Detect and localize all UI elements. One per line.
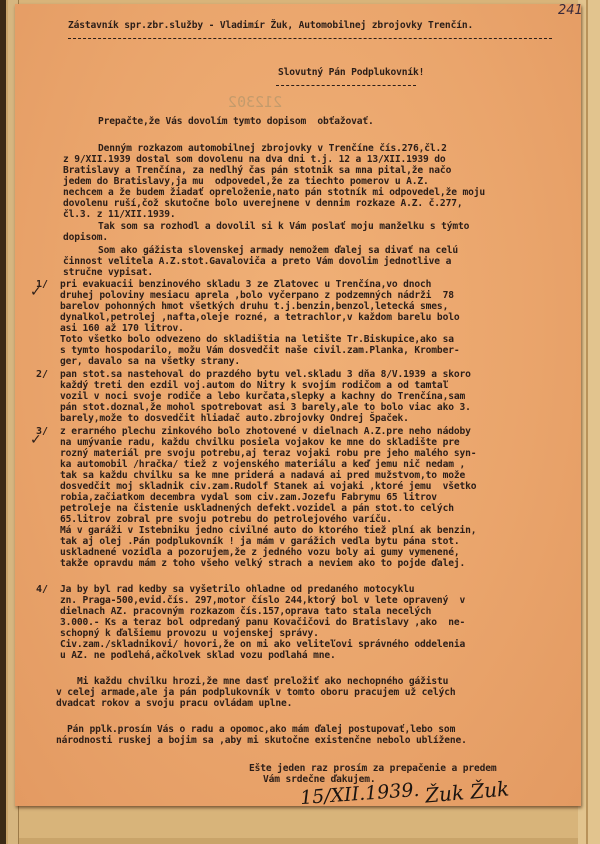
item-1-line: Toto všetko bolo odvezeno do skladištia … — [60, 334, 454, 345]
salutation: Slovutný Pán Podplukovník! — [278, 67, 424, 78]
item-3-line: z erarného plechu zinkového bolo zhotove… — [60, 426, 471, 437]
item-2-line: pán stot.doznal,že mohol spotrebovat asi… — [60, 402, 471, 413]
paragraph-1-line: Denným rozkazom automobilnej zbrojovky v… — [98, 143, 447, 154]
right-edge-strip — [578, 0, 600, 844]
paragraph-3-line: Som ako gážista slovenskej armady nemože… — [98, 245, 458, 256]
item-4-line: dielnach AZ. pracovným rozkazom čís.157,… — [60, 606, 431, 617]
item-3-line: petroleje na čistenie uskladnených defek… — [60, 503, 454, 514]
left-edge-shadow — [0, 0, 6, 844]
item-4-line: zn. Praga-500,evid.čís. 297,motor číslo … — [60, 595, 465, 606]
closing-1-line: v celej armade,ale ja pán podplukovník v… — [56, 687, 455, 698]
item-2-marker: 2/ — [36, 369, 48, 380]
item-3-line: tak sa každu chvilku sa ke mne priderá a… — [60, 470, 465, 481]
item-2-line: pan stot.sa nastehoval do prazdého bytu … — [60, 369, 471, 380]
item-4-line: u AZ. ne podlehá,ačkolvek sklad vozu pod… — [60, 650, 336, 661]
item-2-line: každý treti den ezdil voj.autom do Nitry… — [60, 380, 448, 391]
item-1-line: s tymto hospodarilo, možu Vám dosvedčit … — [60, 345, 459, 356]
item-2-line: vozil v noci svoje rodiče a lebo kurčata… — [60, 391, 465, 402]
item-3-line: takže opravdu mám z toho všeho velký str… — [60, 558, 465, 569]
item-1-line: druhej poloviny mesiacu aprela ,bolo vyč… — [60, 290, 454, 301]
item-1-line: ger, davalo sa na všetky strany. — [60, 356, 240, 367]
paragraph-1-line: čl.3. z 11/XII.1939. — [63, 209, 176, 220]
paragraph-1-line: z 9/XII.1939 dostal som dovolenu na dva … — [63, 154, 446, 165]
item-4-line: schopný k ďalšiemu provozu u vojenskej s… — [60, 628, 319, 639]
faded-stamp: 212302 — [228, 93, 282, 111]
paragraph-2-line: Tak som sa rozhodl a dovolil si k Vám po… — [98, 221, 469, 232]
paragraph-1-line: Bratislavy a Trenčína, za nedlhý čas pán… — [63, 165, 451, 176]
item-1-line: dynalkol,petrolej ,nafta,oleje rozné, a … — [60, 312, 459, 323]
closing-1-line: Mi každu chvilku hrozi,že mne dasť prelo… — [77, 676, 448, 687]
item-3-line: 65.litrov zobral pre svoju potrebu do pe… — [60, 514, 392, 525]
closing-2-line: národnosti ruskej a bojim sa ,aby mi sku… — [56, 735, 467, 746]
paragraph-3-line: stručne vypisat. — [63, 267, 153, 278]
paragraph-1-line: nechcem a že budem žiadať opreloženie,na… — [63, 187, 485, 198]
item-1-line: asi 160 až 170 litrov. — [60, 323, 184, 334]
page-number: 241 — [558, 3, 583, 18]
paragraph-3-line: činnost velitela A.Z.stot.Gavaloviča a p… — [63, 256, 451, 267]
item-3-line: uskladnené vozidla a pozorujem,že z jedn… — [60, 547, 459, 558]
intro-line: Prepačte,že Vás dovolím tymto dopisom ob… — [98, 116, 374, 127]
paragraph-1-line: jedem do Bratislavy,ja mu odpovedel,že z… — [63, 176, 429, 187]
item-3-line: Má v garáži v Istebniku jedno civilné au… — [60, 525, 476, 536]
check-mark-icon: ✓ — [30, 284, 42, 300]
item-2-line: barely,može to dosvedčit hliadač auto.zb… — [60, 413, 409, 424]
paragraph-1-line: dovolenu ruší,čož skutočne bolo uverejne… — [63, 198, 462, 209]
closing-1-line: dvadcat rokov a svoju pracu ovládam upln… — [56, 698, 292, 709]
closing-3-line: Ešte jeden raz prosím za prepačenie a pr… — [249, 763, 497, 774]
item-1-line: barelov pohonných hmot všetkých druhu t.… — [60, 301, 448, 312]
item-3-line: ka automobil /hračka/ tiež z vojenského … — [60, 459, 465, 470]
item-3-line: rozný materiál pre svoju potrebu,aj tera… — [60, 448, 476, 459]
paragraph-2-line: dopisom. — [63, 232, 108, 243]
item-3-line: na umývanie radu, každu chvilku posiela … — [60, 437, 459, 448]
item-4-line: Civ.zam./skladnikovi/ hovori,že on mi ak… — [60, 639, 465, 650]
item-3-line: robia,začiatkom decembra vydal som civ.z… — [60, 492, 437, 503]
item-3-line: tak aj olej .Pán podplukovník ! ja mám v… — [60, 536, 459, 547]
item-4-line: 3.000.- Ks a teraz bol odpredaný panu Ko… — [60, 617, 465, 628]
header-underline — [68, 38, 552, 39]
item-4-line: Ja by byl rad kedby sa vyšetrilo ohladne… — [60, 584, 414, 595]
closing-2-line: Pán pplk.prosím Vás o radu a opomoc,ako … — [67, 724, 455, 735]
item-3-line: dosvedčit moj skladnik civ.zam.Rudolf St… — [60, 481, 476, 492]
check-mark-icon: ✓ — [30, 432, 42, 448]
document-header: Zástavník spr.zbr.služby - Vladimír Žuk,… — [68, 20, 473, 31]
item-4-marker: 4/ — [36, 584, 48, 595]
salutation-underline — [276, 85, 416, 86]
item-1-line: pri evakuacii benzinového skladu 3 ze Zl… — [60, 279, 431, 290]
